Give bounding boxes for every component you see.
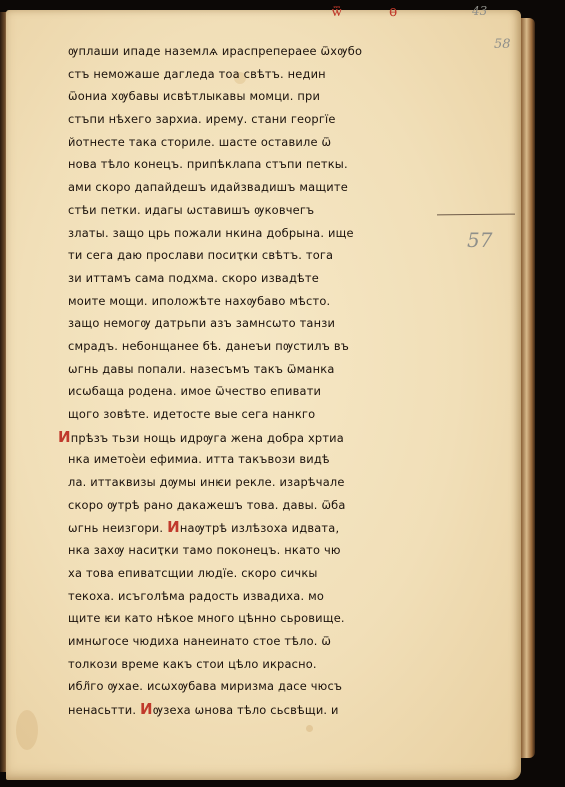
text-line: ѹплаши ипаде наземлѧ ираспрепераее ѿхѹбо [68,40,428,63]
text-line: имнѡгосе чюдиха нанеинато стое тѣло. ѿ [68,630,428,653]
red-initial: И [58,428,71,446]
text-segment: ѹзеха ѡнова тѣло сьсвѣщи. и [153,703,339,717]
text-line: ти сега даю прослави посиҭки свѣтъ. тога [68,244,428,267]
text-line: ха това епиватсщии людїе. скоро сичкы [68,562,428,585]
text-segment: ненасьтти. [68,703,136,717]
text-line: нка захѹ насиҭки тамо поконецъ. нкато чю [68,539,428,562]
pencil-folio-number: 43 [472,4,487,18]
text-line: ѿониа хѹбавы исвѣтлыкавы момци. при [68,85,428,108]
foxing-stain [306,725,313,732]
text-line: зи иттамъ сама подхма. скоро извадѣте [68,267,428,290]
red-folio-mark: ѿ [332,2,342,21]
foxing-stain [16,710,38,750]
manuscript-text: ѹплаши ипаде наземлѧ ираспрепераее ѿхѹбо… [68,40,428,721]
page-edge [521,18,535,758]
text-line-with-initial: ненасьтти. Иѹзеха ѡнова тѣло сьсвѣщи. и [68,698,428,721]
text-line: текоха. исъголѣма радость извадиха. мо [68,585,428,608]
text-line: стѣи петки. идагы ѡставишъ ѹковчегъ [68,199,428,222]
text-line: златы. защо црь пожали нкина добрына. ищ… [68,222,428,245]
text-line: щите ѥи като нѣкое много цѣнно сьровище. [68,607,428,630]
text-line-with-initial: Ипрѣзъ тьзи нощь идрѹга жена добра хртиа [58,426,428,449]
red-initial: И [167,518,180,536]
margin-pencil-number: 57 [467,228,492,252]
text-segment: прѣзъ тьзи нощь идрѹга жена добра хртиа [71,431,344,445]
text-line: щого зовѣте. идетосте вые сега нанкго [68,403,428,426]
text-segment: ѡгнь неизгори. [68,521,163,535]
text-line: ѡгнь давы попали. назесъмъ такъ ѿманка [68,358,428,381]
text-line: моите мощи. иположѣте нахѹбаво мѣсто. [68,290,428,313]
text-segment: наѹтрѣ излѣзоха идвата, [180,521,339,535]
text-line: толкози време какъ стои цѣло икрасно. [68,653,428,676]
text-line: йотнесте така сторилe. шасте оставиле ѿ [68,131,428,154]
text-line: стъпи нѣхего зархиа. ирему. стани георгї… [68,108,428,131]
text-line: ибл̃го ѹхае. исѡхѹбава миризма дасе чюсъ [68,675,428,698]
text-line: скоро ѹтрѣ рано дакажешъ това. давы. ѿба [68,494,428,517]
pencil-folio-number: 58 [494,37,511,52]
text-line: ами скоро дапайдешъ идайзвадишъ мащите [68,176,428,199]
red-initial: И [140,700,153,718]
text-line: защо немогѹ датрьпи азъ замнсѡто танзи [68,312,428,335]
red-folio-mark: ѳ [389,2,397,20]
text-line: смрадъ. небонщанее бѣ. данеъи пѹстилъ въ [68,335,428,358]
text-line-with-initial: ѡгнь неизгори. Инаѹтрѣ излѣзоха идвата, [68,516,428,539]
text-line: нова тѣло конецъ. припѣклапа стъпи петкы… [68,153,428,176]
text-line: нка иметоѐи ефимиа. итта такъвози видѣ [68,448,428,471]
text-line: стъ неможаше дагледа тоа свѣтъ. недин [68,63,428,86]
text-line: исѡбаща родена. имое ѿчество епивати [68,380,428,403]
text-line: ла. иттаквизы дѹмы инѥи рекле. изарѣчале [68,471,428,494]
